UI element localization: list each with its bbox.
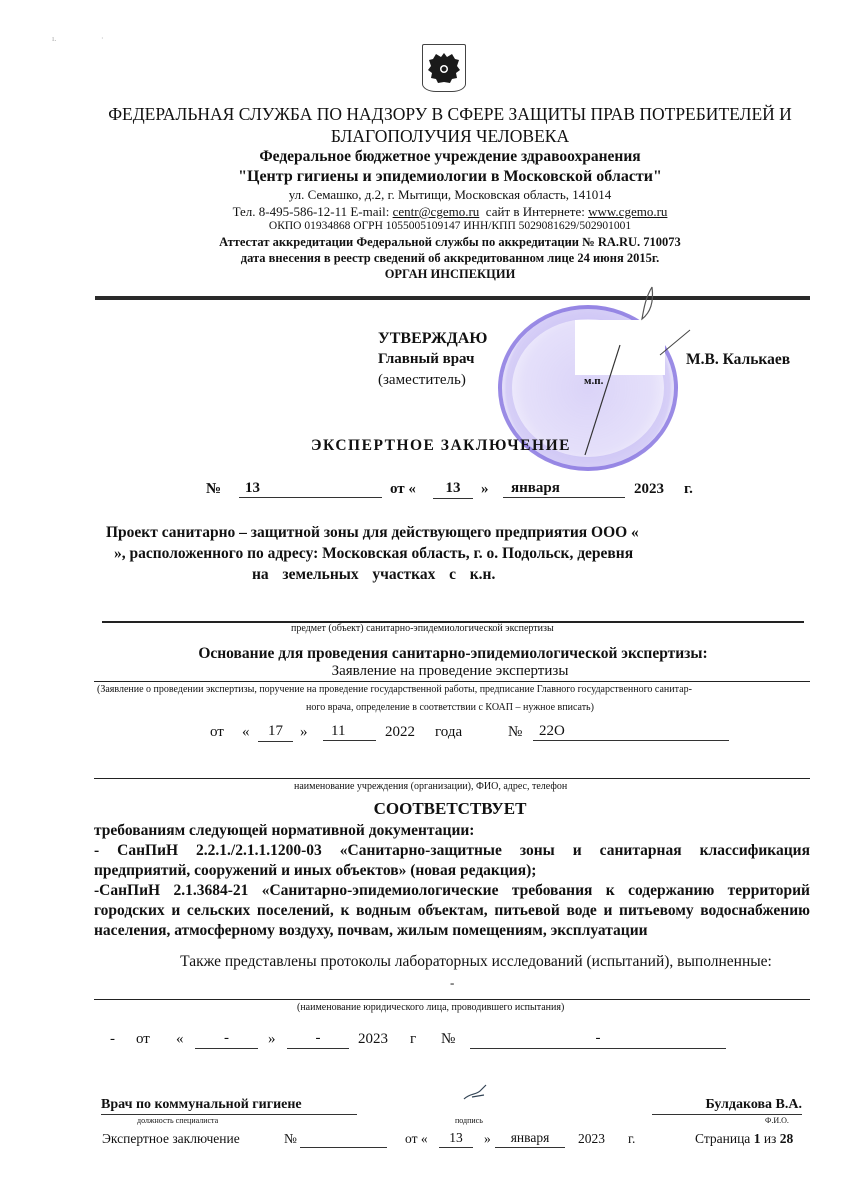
- conclusion-year: 2023: [634, 481, 664, 498]
- subject-line2: », расположенного по адресу: Московская …: [114, 545, 633, 563]
- conclusion-number-label: №: [206, 481, 221, 498]
- conclusion-number: 13: [239, 480, 382, 498]
- basis-open-quote: «: [242, 724, 250, 741]
- subject-line3: на земельных участках с к.н.: [252, 566, 495, 584]
- site-label: сайт в Интернете:: [479, 204, 588, 219]
- phone: Тел. 8-495-586-12-11 E-mail:: [233, 204, 393, 219]
- basis-year: 2022: [385, 724, 415, 741]
- lab-day: -: [195, 1030, 258, 1049]
- footer-doc-label: Экспертное заключение: [102, 1131, 240, 1147]
- registration-codes: ОКПО 01934868 ОГРН 1055005109147 ИНН/КПП…: [0, 219, 848, 234]
- footer-year: 2023: [578, 1131, 605, 1147]
- institution-line2: "Центр гигиены и эпидемиологии в Московс…: [0, 167, 848, 187]
- basis-title: Основание для проведения санитарно-эпиде…: [0, 645, 848, 663]
- verdict-intro: требованиям следующей нормативной докуме…: [94, 822, 474, 840]
- institution-line1: Федеральное бюджетное учреждение здравоо…: [0, 147, 848, 167]
- site-link[interactable]: www.cgemo.ru: [588, 204, 667, 219]
- basis-year-suffix: года: [435, 724, 462, 741]
- specialist-name: Булдакова В.А.: [652, 1097, 802, 1115]
- footer-number-label: №: [284, 1131, 297, 1147]
- lab-year: 2023: [358, 1031, 388, 1048]
- name-caption: Ф.И.О.: [765, 1116, 789, 1125]
- contacts: Тел. 8-495-586-12-11 E-mail: centr@cgemo…: [0, 203, 848, 220]
- footer-close-quote: »: [484, 1131, 491, 1147]
- verdict-title: СООТВЕТСТВУЕТ: [0, 799, 848, 819]
- page-total: 28: [780, 1131, 794, 1146]
- footer-day: 13: [439, 1130, 473, 1148]
- lab-text: Также представлены протоколы лабораторны…: [0, 953, 848, 971]
- footer-month: января: [495, 1130, 565, 1148]
- lab-caption: (наименование юридического лица, проводи…: [297, 1002, 564, 1013]
- basis-day: 17: [258, 723, 293, 742]
- basis-close-quote: »: [300, 724, 308, 741]
- accreditation: Аттестат аккредитации Федеральной службы…: [0, 234, 848, 250]
- conclusion-month: января: [503, 480, 625, 498]
- verdict-item-1: - СанПиН 2.2.1./2.1.1.1200-03 «Санитарно…: [94, 841, 810, 881]
- conclusion-title: ЭКСПЕРТНОЕ ЗАКЛЮЧЕНИЕ: [311, 437, 571, 455]
- sign-caption: подпись: [455, 1116, 483, 1125]
- header-agency: ФЕДЕРАЛЬНАЯ СЛУЖБА ПО НАДЗОРУ В СФЕРЕ ЗА…: [0, 103, 848, 125]
- body-type: ОРГАН ИНСПЕКЦИИ: [0, 266, 848, 282]
- basis-caption-line1: (Заявление о проведении экспертизы, пору…: [97, 684, 692, 695]
- lab-open-quote: «: [176, 1031, 184, 1048]
- scan-artifact: ·: [101, 34, 104, 43]
- lab-from-label: от: [136, 1031, 150, 1048]
- approver-name: М.В. Калькаев: [686, 351, 790, 369]
- position-caption: должность специалиста: [137, 1116, 218, 1125]
- page-prefix: Страница: [695, 1131, 754, 1146]
- org-underline: [94, 778, 810, 779]
- footer-from-label: от «: [405, 1131, 428, 1147]
- conclusion-close-quote: »: [481, 481, 489, 498]
- scan-artifact: ı.: [52, 34, 56, 43]
- subject-line1: Проект санитарно – защитной зоны для дей…: [106, 524, 639, 542]
- seal-mark: м.п.: [584, 375, 603, 387]
- approve-label: УТВЕРЖДАЮ: [378, 330, 487, 348]
- page-of: из: [760, 1131, 779, 1146]
- basis-from-label: от: [210, 724, 224, 741]
- basis-underline: [94, 681, 810, 682]
- lab-number: -: [470, 1030, 726, 1049]
- conclusion-day: 13: [433, 480, 473, 499]
- lab-number-label: №: [441, 1031, 455, 1048]
- header-divider: [95, 296, 810, 300]
- agency-line2: БЛАГОПОЛУЧИЯ ЧЕЛОВЕКА: [52, 125, 848, 147]
- basis-value: Заявление на проведение экспертизы: [0, 663, 848, 680]
- footer-year-suffix: г.: [628, 1131, 635, 1147]
- subject-caption: предмет (объект) санитарно-эпидемиологич…: [291, 623, 554, 634]
- specialist-position: Врач по коммунальной гигиене: [101, 1097, 357, 1115]
- registry-date: дата внесения в реестр сведений об аккре…: [0, 250, 848, 266]
- lab-month: -: [287, 1030, 349, 1049]
- conclusion-year-suffix: г.: [684, 481, 693, 498]
- lab-close-quote: »: [268, 1031, 276, 1048]
- coat-of-arms-icon: [422, 44, 466, 92]
- footer-number: [300, 1130, 387, 1148]
- basis-month: 11: [323, 723, 376, 741]
- basis-number: 22О: [533, 723, 729, 741]
- email-link[interactable]: centr@cgemo.ru: [393, 204, 480, 219]
- page-indicator: Страница 1 из 28: [695, 1131, 793, 1147]
- conclusion-from-label: от «: [390, 481, 416, 498]
- basis-number-label: №: [508, 724, 522, 741]
- address: ул. Семашко, д.2, г. Мытищи, Московская …: [0, 186, 848, 203]
- approver-position: Главный врач: [378, 351, 474, 368]
- verdict-item-2: -СанПиН 2.1.3684-21 «Санитарно-эпидемиол…: [94, 881, 810, 941]
- signature-stroke-icon: [560, 285, 700, 465]
- lab-underline: [94, 999, 810, 1000]
- approver-deputy: (заместитель): [378, 372, 466, 389]
- basis-caption-line2: ного врача, определение в соответствии с…: [0, 702, 848, 713]
- lab-value: -: [450, 975, 454, 991]
- lab-year-suffix: г: [410, 1031, 416, 1048]
- lab-dash: -: [110, 1031, 115, 1048]
- org-caption: наименование учреждения (организации), Ф…: [294, 781, 567, 792]
- specialist-signature-icon: [462, 1083, 490, 1103]
- agency-line1: ФЕДЕРАЛЬНАЯ СЛУЖБА ПО НАДЗОРУ В СФЕРЕ ЗА…: [0, 103, 848, 125]
